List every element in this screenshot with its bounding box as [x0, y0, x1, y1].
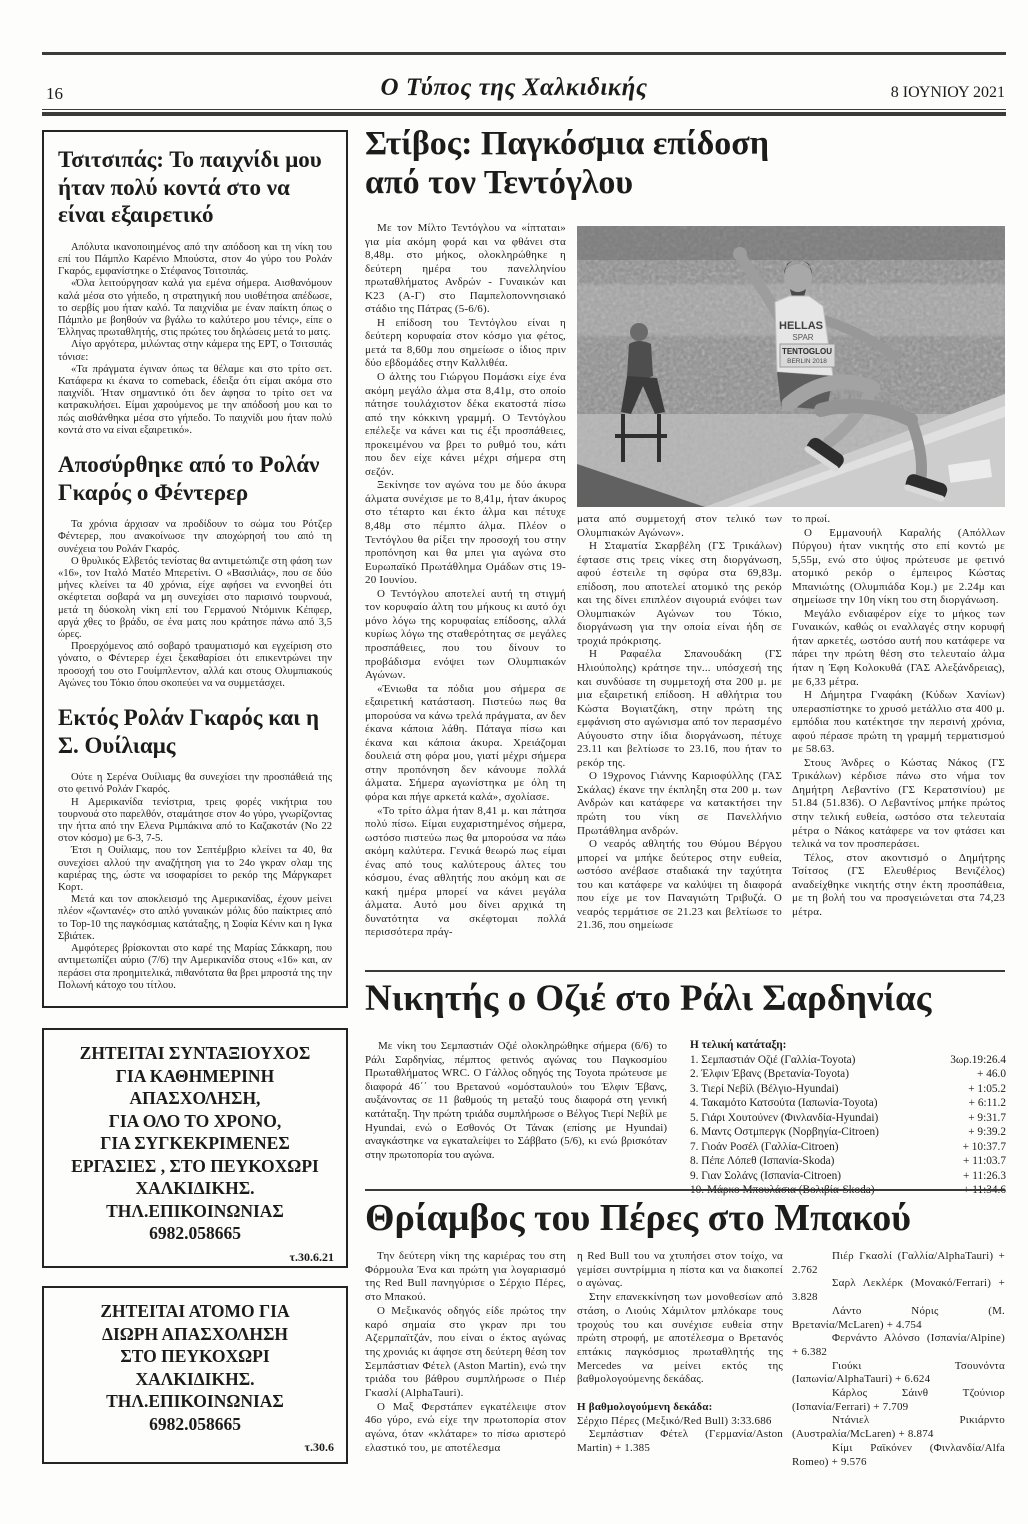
- paragraph: Ο Μεξικανός οδηγός είδε πρώτος την καρό …: [365, 1305, 566, 1401]
- f1-result-entry: Σεμπάστιαν Φέτελ (Γερμανία/Aston Martin)…: [577, 1428, 783, 1455]
- paragraph: Ο άλτης του Γιώργου Πομάσκι είχε ένα ακό…: [365, 371, 566, 479]
- rally-headline: Νικητής ο Οζιέ στο Ράλι Σαρδηνίας: [365, 977, 1005, 1020]
- paragraph: Με τον Μίλτο Τεντόγλου να «ίπταται» για …: [365, 222, 566, 317]
- paragraph: Η Ραφαέλα Σπανουδάκη (ΓΣ Ηλιούπολης) κρά…: [577, 648, 782, 770]
- ad-line: ΔΙΩΡΗ ΑΠΑΣΧΟΛΗΣΗ: [54, 1323, 336, 1346]
- ad-line: ΖΗΤΕΙΤΑΙ ΑΤΟΜΟ ΓΙΑ: [54, 1300, 336, 1323]
- standings-row: 1. Σεμπαστιάν Οζιέ (Γαλλία-Toyota) 3ωρ.1…: [690, 1053, 1006, 1068]
- driver-time: + 11:03.7: [957, 1154, 1006, 1169]
- paragraph: Η επίδοση του Τεντόγλου είναι η δεύτερη …: [365, 317, 566, 371]
- article-title-tsitsipas: Τσιτσιπάς: Το παιχνίδι μου ήταν πολύ κον…: [58, 146, 332, 229]
- f1-top10-title: Η βαθμολογούμενη δεκάδα:: [577, 1401, 783, 1415]
- athletics-column-1: Με τον Μίλτο Τεντόγλου να «ίπταται» για …: [365, 222, 566, 940]
- paragraph: Με νίκη του Σεμπαστιάν Οζιέ ολοκληρώθηκε…: [365, 1040, 667, 1162]
- driver-name: 4. Τακαμότο Κατσούτα (Ιαπωνία-Toyota): [690, 1096, 878, 1111]
- paragraph: «Ένιωθα τα πόδια μου σήμερα σε εξαιρετικ…: [365, 683, 566, 805]
- article-title-williams: Εκτός Ρολάν Γκαρός και η Σ. Ουίλιαμς: [58, 704, 332, 759]
- paragraph: Μετά και τον αποκλεισμό της Αμερικανίδας…: [58, 894, 332, 943]
- paragraph: «Τα πράγματα έγιναν όπως τα θέλαμε και σ…: [58, 364, 332, 437]
- paragraph: Μεγάλο ενδιαφέρον είχε το μήκος των Γυνα…: [792, 608, 1005, 689]
- f1-result-entry: Ντάνιελ Ρικιάρντο (Αυστραλία/McLaren) + …: [792, 1414, 1005, 1441]
- athletics-headline: Στίβος: Παγκόσμια επίδοση από τον Τεντόγ…: [365, 124, 1005, 202]
- paragraph: ματα από συμμετοχή στον τελικό των Ολυμπ…: [577, 513, 782, 540]
- driver-time: + 9:39.2: [962, 1125, 1006, 1140]
- athletics-headline-line1: Στίβος: Παγκόσμια επίδοση: [365, 124, 1005, 163]
- paragraph: Ο 19χρονος Γιάννης Καριοφύλλης (ΓΑΣ Σκάλ…: [577, 770, 782, 838]
- newspaper-page: 16 Ο Τύπος της Χαλκιδικής 8 ΙΟΥΝΙΟΥ 2021…: [0, 0, 1028, 1524]
- standings-row: 2. Έλφιν Έβανς (Βρετανία-Toyota) + 46.0: [690, 1067, 1006, 1082]
- paragraph: Απόλυτα ικανοποιημένος από την απόδοση κ…: [58, 242, 332, 279]
- masthead: Ο Τύπος της Χαλκιδικής: [0, 74, 1028, 102]
- paragraph: Ο θρυλικός Ελβετός τενίστας θα αντιμετώπ…: [58, 556, 332, 641]
- ad-line: ΤΗΛ.ΕΠΙΚΟΙΝΩΝΙΑΣ: [54, 1390, 336, 1413]
- ad-line: ΧΑΛΚΙΔΙΚΗΣ.: [54, 1368, 336, 1391]
- driver-time: + 10:37.7: [957, 1140, 1006, 1155]
- paragraph: Την δεύτερη νίκη της καριέρας του στη Φό…: [365, 1250, 566, 1305]
- ad-line: ΣΤΟ ΠΕΥΚΟΧΩΡΙ: [54, 1345, 336, 1368]
- paragraph: Στην επανεκκίνηση των μονοθεσίων από στά…: [577, 1291, 783, 1387]
- paragraph: Ο νεαρός αθλητής του Θύμου Βέργου μπορεί…: [577, 838, 782, 933]
- f1-result-entry: Πιέρ Γκασλί (Γαλλία/AlphaTauri) + 2.762: [792, 1250, 1005, 1277]
- athletics-headline-line2: από τον Τεντόγλου: [365, 163, 1005, 202]
- paragraph: Ο Εμμανουήλ Καραλής (Απόλλων Πύργου) ήτα…: [792, 527, 1005, 608]
- driver-time: + 6:11.2: [963, 1096, 1006, 1111]
- header-bottom-rule-thick: [42, 112, 1006, 116]
- paragraph: Ξεκίνησε τον αγώνα του με δύο άκυρα άλμα…: [365, 479, 566, 587]
- paragraph: Ο Μαξ Φερστάπεν εγκατέλειψε στον 46ο γύρ…: [365, 1401, 566, 1456]
- vest-label-hellas: HELLAS: [779, 320, 823, 332]
- f1-result-entry: Λάντο Νόρις (Μ. Βρετανία/McLaren) + 4.75…: [792, 1305, 1005, 1332]
- athletics-column-2: ματα από συμμετοχή στον τελικό των Ολυμπ…: [577, 513, 782, 933]
- paragraph: Ο Τεντόγλου αποτελεί αυτή τη στιγμή τον …: [365, 588, 566, 683]
- driver-name: 3. Τιερί Νεβίλ (Βέλγιο-Hyundai): [690, 1082, 839, 1097]
- f1-top10-entries: Σέρχιο Πέρες (Μεξικό/Red Bull) 3:33.686Σ…: [577, 1415, 783, 1456]
- f1-result-entry: Κάρλος Σάινθ Τζούνιορ (Ισπανία/Ferrari) …: [792, 1387, 1005, 1414]
- standings-row: 9. Γιαν Σολάνς (Ισπανία-Citroen) + 11:26…: [690, 1169, 1006, 1184]
- driver-name: 9. Γιαν Σολάνς (Ισπανία-Citroen): [690, 1169, 841, 1184]
- tennis-articles-box: Τσιτσιπάς: Το παιχνίδι μου ήταν πολύ κον…: [42, 130, 348, 1008]
- ad-text: ΖΗΤΕΙΤΑΙ ΑΤΟΜΟ ΓΙΑΔΙΩΡΗ ΑΠΑΣΧΟΛΗΣΗΣΤΟ ΠΕ…: [54, 1300, 336, 1435]
- f1-column-2-paras: η Red Bull του να χτυπήσει στον τοίχο, ν…: [577, 1250, 783, 1387]
- paragraph: Η Σταματία Σκαρβέλη (ΓΣ Τρικάλων) έφτασε…: [577, 540, 782, 648]
- section-divider-rule: [365, 1189, 1005, 1191]
- paragraph: Αμφότερες βρίσκονται στο καρέ της Μαρίας…: [58, 943, 332, 992]
- driver-name: 8. Πέπε Λόπεθ (Ισπανία-Skoda): [690, 1154, 834, 1169]
- ad-text: ΖΗΤΕΙΤΑΙ ΣΥΝΤΑΞΙΟΥΧΟΣΓΙΑ ΚΑΘΗΜΕΡΙΝΗΑΠΑΣΧ…: [54, 1042, 336, 1245]
- header-bottom-rule-thin: [42, 109, 1006, 110]
- paragraph: το πρωί.: [792, 513, 1005, 527]
- paragraph: Στους Άνδρες ο Κώστας Νάκος (ΓΣ Τρικάλων…: [792, 757, 1005, 852]
- paragraph: η Red Bull του να χτυπήσει στον τοίχο, ν…: [577, 1250, 783, 1291]
- paragraph: «Το τρίτο άλμα ήταν 8,41 μ. και πάτησα π…: [365, 805, 566, 940]
- standings-row: 5. Γιάρι Χουτούνεν (Φινλανδία-Hyundai) +…: [690, 1111, 1006, 1126]
- driver-name: 6. Μαντς Οστμπεργκ (Νορβηγία-Citroen): [690, 1125, 879, 1140]
- f1-result-entry: Κίμι Ραϊκόνεν (Φινλανδία/Alfa Romeo) + 9…: [792, 1442, 1005, 1469]
- driver-time: 3ωρ.19:26.4: [944, 1053, 1006, 1068]
- standings-list: 1. Σεμπαστιάν Οζιέ (Γαλλία-Toyota) 3ωρ.1…: [690, 1053, 1006, 1198]
- paragraph: Η Αμερικανίδα τενίστρια, τρεις φορές νικ…: [58, 797, 332, 846]
- paragraph: Ούτε η Σερένα Ουίλιαμς θα συνεχίσει την …: [58, 772, 332, 796]
- ad-line: ΓΙΑ ΟΛΟ ΤΟ ΧΡΟΝΟ,: [54, 1110, 336, 1133]
- ad-line: ΖΗΤΕΙΤΑΙ ΣΥΝΤΑΞΙΟΥΧΟΣ: [54, 1042, 336, 1065]
- article-body-tsitsipas: Απόλυτα ικανοποιημένος από την απόδοση κ…: [58, 242, 332, 437]
- driver-time: + 11:26.3: [957, 1169, 1006, 1184]
- f1-column-1: Την δεύτερη νίκη της καριέρας του στη Φό…: [365, 1250, 566, 1456]
- driver-name: 2. Έλφιν Έβανς (Βρετανία-Toyota): [690, 1067, 849, 1082]
- driver-time: + 1:05.2: [962, 1082, 1006, 1097]
- bib-name: TENTOGLOU: [782, 347, 832, 356]
- f1-result-entry: Σέρχιο Πέρες (Μεξικό/Red Bull) 3:33.686: [577, 1415, 783, 1429]
- ad-line: ΧΑΛΚΙΔΙΚΗΣ.: [54, 1177, 336, 1200]
- rally-body: Με νίκη του Σεμπαστιάν Οζιέ ολοκληρώθηκε…: [365, 1040, 667, 1162]
- f1-headline: Θρίαμβος του Πέρες στο Μπακού: [365, 1196, 1005, 1240]
- paragraph: Τα χρόνια άρχισαν να προδίδουν το σώμα τ…: [58, 519, 332, 556]
- driver-time: + 9:31.7: [962, 1111, 1006, 1126]
- f1-result-entry: Φερνάντο Αλόνσο (Ισπανία/Alpine) + 6.382: [792, 1332, 1005, 1359]
- article-body-federer: Τα χρόνια άρχισαν να προδίδουν το σώμα τ…: [58, 519, 332, 690]
- rally-standings: Η τελική κατάταξη: 1. Σεμπαστιάν Οζιέ (Γ…: [690, 1038, 1006, 1198]
- athletics-column-3: το πρωί.Ο Εμμανουήλ Καραλής (Απόλλων Πύρ…: [792, 513, 1005, 919]
- ad-line: ΓΙΑ ΣΥΓΚΕΚΡΙΜΕΝΕΣ: [54, 1132, 336, 1155]
- driver-name: 1. Σεμπαστιάν Οζιέ (Γαλλία-Toyota): [690, 1053, 855, 1068]
- f1-result-entry: Γιούκι Τσουνόντα (Ιαπωνία/AlphaTauri) + …: [792, 1360, 1005, 1387]
- section-divider-rule: [365, 970, 1005, 972]
- ad-line: ΑΠΑΣΧΟΛΗΣΗ,: [54, 1087, 336, 1110]
- ad-reference: τ.30.6.21: [54, 1250, 336, 1265]
- issue-date: 8 ΙΟΥΝΙΟΥ 2021: [891, 84, 1005, 102]
- standings-row: 4. Τακαμότο Κατσούτα (Ιαπωνία-Toyota) + …: [690, 1096, 1006, 1111]
- header-top-rule: [42, 52, 1006, 55]
- ad-line: ΓΙΑ ΚΑΘΗΜΕΡΙΝΗ: [54, 1065, 336, 1088]
- paragraph: Η Δήμητρα Γναφάκη (Κύδων Χανίων) υπερασπ…: [792, 689, 1005, 757]
- f1-result-entry: Σαρλ Λεκλέρκ (Μονακό/Ferrari) + 3.828: [792, 1277, 1005, 1304]
- ad-line: ΕΡΓΑΣΙΕΣ , ΣΤΟ ΠΕΥΚΟΧΩΡΙ: [54, 1155, 336, 1178]
- paragraph: Έτσι η Ουίλιαμς, που τον Σεπτέμβριο κλεί…: [58, 845, 332, 894]
- standings-row: 8. Πέπε Λόπεθ (Ισπανία-Skoda) + 11:03.7: [690, 1154, 1006, 1169]
- long-jump-photo: HELLAS SPAR TENTOGLOU BERLIN 2018: [577, 226, 1005, 507]
- standings-row: 6. Μαντς Οστμπεργκ (Νορβηγία-Citroen) + …: [690, 1125, 1006, 1140]
- paragraph: Λίγο αργότερα, μιλώντας στην κάμερα της …: [58, 339, 332, 363]
- paragraph: Τέλος, στον ακοντισμό ο Δημήτρης Τσίτσος…: [792, 852, 1005, 920]
- driver-time: + 46.0: [971, 1067, 1006, 1082]
- f1-column-2: η Red Bull του να χτυπήσει στον τοίχο, ν…: [577, 1250, 783, 1456]
- vest-label-sponsor: SPAR: [792, 333, 813, 342]
- bib-event: BERLIN 2018: [787, 358, 827, 365]
- ad-reference: τ.30.6: [54, 1440, 336, 1455]
- standings-row: 7. Γιοάν Ροσέλ (Γαλλία-Citroen) + 10:37.…: [690, 1140, 1006, 1155]
- article-title-federer: Αποσύρθηκε από το Ρολάν Γκαρός ο Φέντερε…: [58, 451, 332, 506]
- classified-ad-parttime: ΖΗΤΕΙΤΑΙ ΑΤΟΜΟ ΓΙΑΔΙΩΡΗ ΑΠΑΣΧΟΛΗΣΗΣΤΟ ΠΕ…: [42, 1286, 348, 1464]
- article-body-williams: Ούτε η Σερένα Ουίλιαμς θα συνεχίσει την …: [58, 772, 332, 992]
- ad-line: 6982.058665: [54, 1413, 336, 1436]
- f1-column-3: Πιέρ Γκασλί (Γαλλία/AlphaTauri) + 2.762Σ…: [792, 1250, 1005, 1469]
- ad-line: 6982.058665: [54, 1222, 336, 1245]
- ad-line: ΤΗΛ.ΕΠΙΚΟΙΝΩΝΙΑΣ: [54, 1200, 336, 1223]
- driver-name: 5. Γιάρι Χουτούνεν (Φινλανδία-Hyundai): [690, 1111, 878, 1126]
- paragraph: «Όλα λειτούργησαν καλά για εμένα σήμερα.…: [58, 278, 332, 339]
- classified-ad-pensioner: ΖΗΤΕΙΤΑΙ ΣΥΝΤΑΞΙΟΥΧΟΣΓΙΑ ΚΑΘΗΜΕΡΙΝΗΑΠΑΣΧ…: [42, 1028, 348, 1268]
- paragraph: Προερχόμενος από σοβαρό τραυματισμό και …: [58, 641, 332, 690]
- driver-name: 7. Γιοάν Ροσέλ (Γαλλία-Citroen): [690, 1140, 839, 1155]
- standings-row: 3. Τιερί Νεβίλ (Βέλγιο-Hyundai) + 1:05.2: [690, 1082, 1006, 1097]
- standings-title: Η τελική κατάταξη:: [690, 1038, 1006, 1053]
